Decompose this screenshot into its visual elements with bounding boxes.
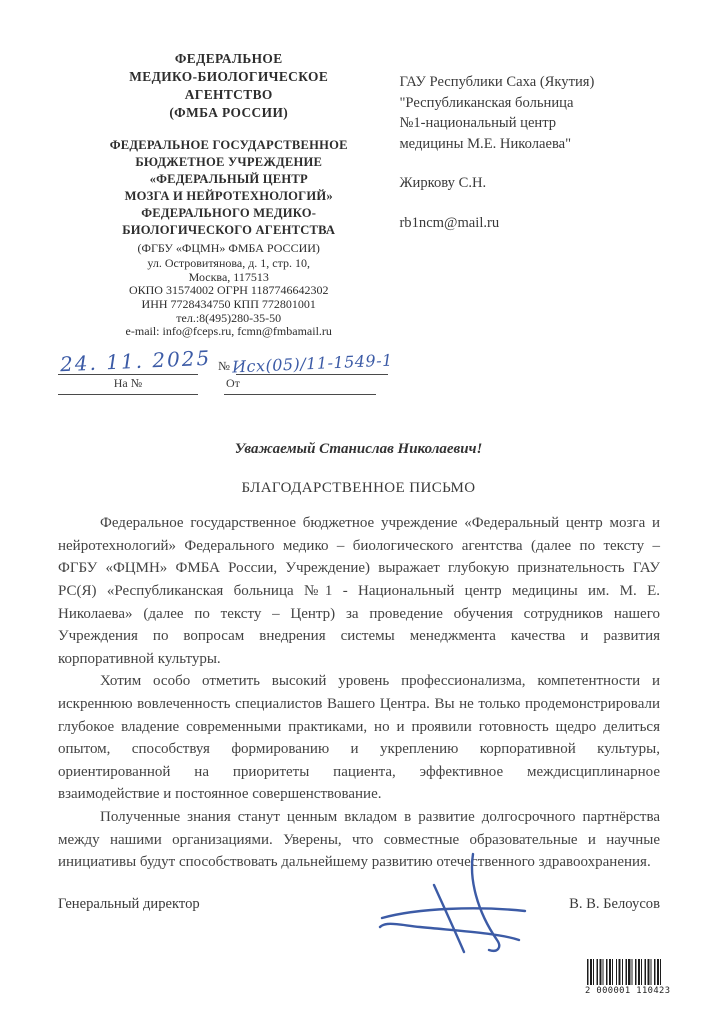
letterhead: ФЕДЕРАЛЬНОЕ МЕДИКО-БИОЛОГИЧЕСКОЕ АГЕНТСТ… [58, 50, 399, 339]
barcode-bars-icon [587, 959, 661, 985]
paragraph: Федеральное государственное бюджетное уч… [58, 512, 660, 670]
email-line: e-mail: info@fceps.ru, fcmn@fmbamail.ru [58, 325, 399, 339]
phone-number: тел.:8(495)280-35-50 [58, 312, 399, 326]
handwritten-number: Исх(05)/11-1549-1 [232, 351, 393, 377]
reference-block: 24. 11. 2025 № Исх(05)/11-1549-1 На № От [58, 345, 394, 395]
ot-label: От [224, 376, 376, 395]
institution-short-name: (ФГБУ «ФЦМН» ФМБА РОССИИ) [58, 241, 399, 256]
na-no-label: На № [58, 376, 198, 395]
paragraph: Полученные знания станут ценным вкладом … [58, 806, 660, 874]
reference-row-reply: На № От [58, 376, 394, 395]
letter-body: Федеральное государственное бюджетное уч… [58, 512, 660, 874]
letter-header: ФЕДЕРАЛЬНОЕ МЕДИКО-БИОЛОГИЧЕСКОЕ АГЕНТСТ… [0, 0, 701, 339]
signature-row: Генеральный директор В. В. Белоусов [58, 896, 660, 913]
institution-name: ФЕДЕРАЛЬНОЕ ГОСУДАРСТВЕННОЕ БЮДЖЕТНОЕ УЧ… [58, 137, 399, 239]
salutation: Уважаемый Станислав Николаевич! [58, 441, 659, 458]
paragraph: Хотим особо отметить высокий уровень про… [58, 670, 660, 806]
number-underline: Исх(05)/11-1549-1 [236, 344, 388, 375]
agency-name: ФЕДЕРАЛЬНОЕ МЕДИКО-БИОЛОГИЧЕСКОЕ АГЕНТСТ… [58, 50, 399, 122]
addressee-organization: ГАУ Республики Саха (Якутия) "Республика… [399, 72, 661, 154]
addressee-recipient: Жиркову С.Н. [399, 173, 661, 194]
addressee-block: ГАУ Республики Саха (Якутия) "Республика… [399, 50, 661, 339]
addressee-email: rb1ncm@mail.ru [399, 213, 661, 234]
handwritten-date: 24. 11. 2025 [60, 346, 212, 377]
letter-title: БЛАГОДАРСТВЕННОЕ ПИСЬМО [58, 480, 659, 497]
signer-name: В. В. Белоусов [569, 896, 660, 913]
institution-address: ул. Островитянова, д. 1, стр. 10, Москва… [58, 256, 399, 284]
barcode-digits: 2 000001 110423 [585, 986, 663, 996]
signature-autograph [376, 851, 536, 963]
scanned-letter-page: ФЕДЕРАЛЬНОЕ МЕДИКО-БИОЛОГИЧЕСКОЕ АГЕНТСТ… [0, 0, 701, 1024]
date-underline: 24. 11. 2025 [58, 344, 198, 375]
reference-row-number: 24. 11. 2025 № Исх(05)/11-1549-1 [58, 345, 394, 375]
barcode: 2 000001 110423 [585, 959, 663, 996]
number-sign: № [218, 359, 230, 374]
signer-position: Генеральный директор [58, 896, 200, 913]
registration-numbers: ОКПО 31574002 ОГРН 1187746642302 ИНН 772… [58, 284, 399, 312]
